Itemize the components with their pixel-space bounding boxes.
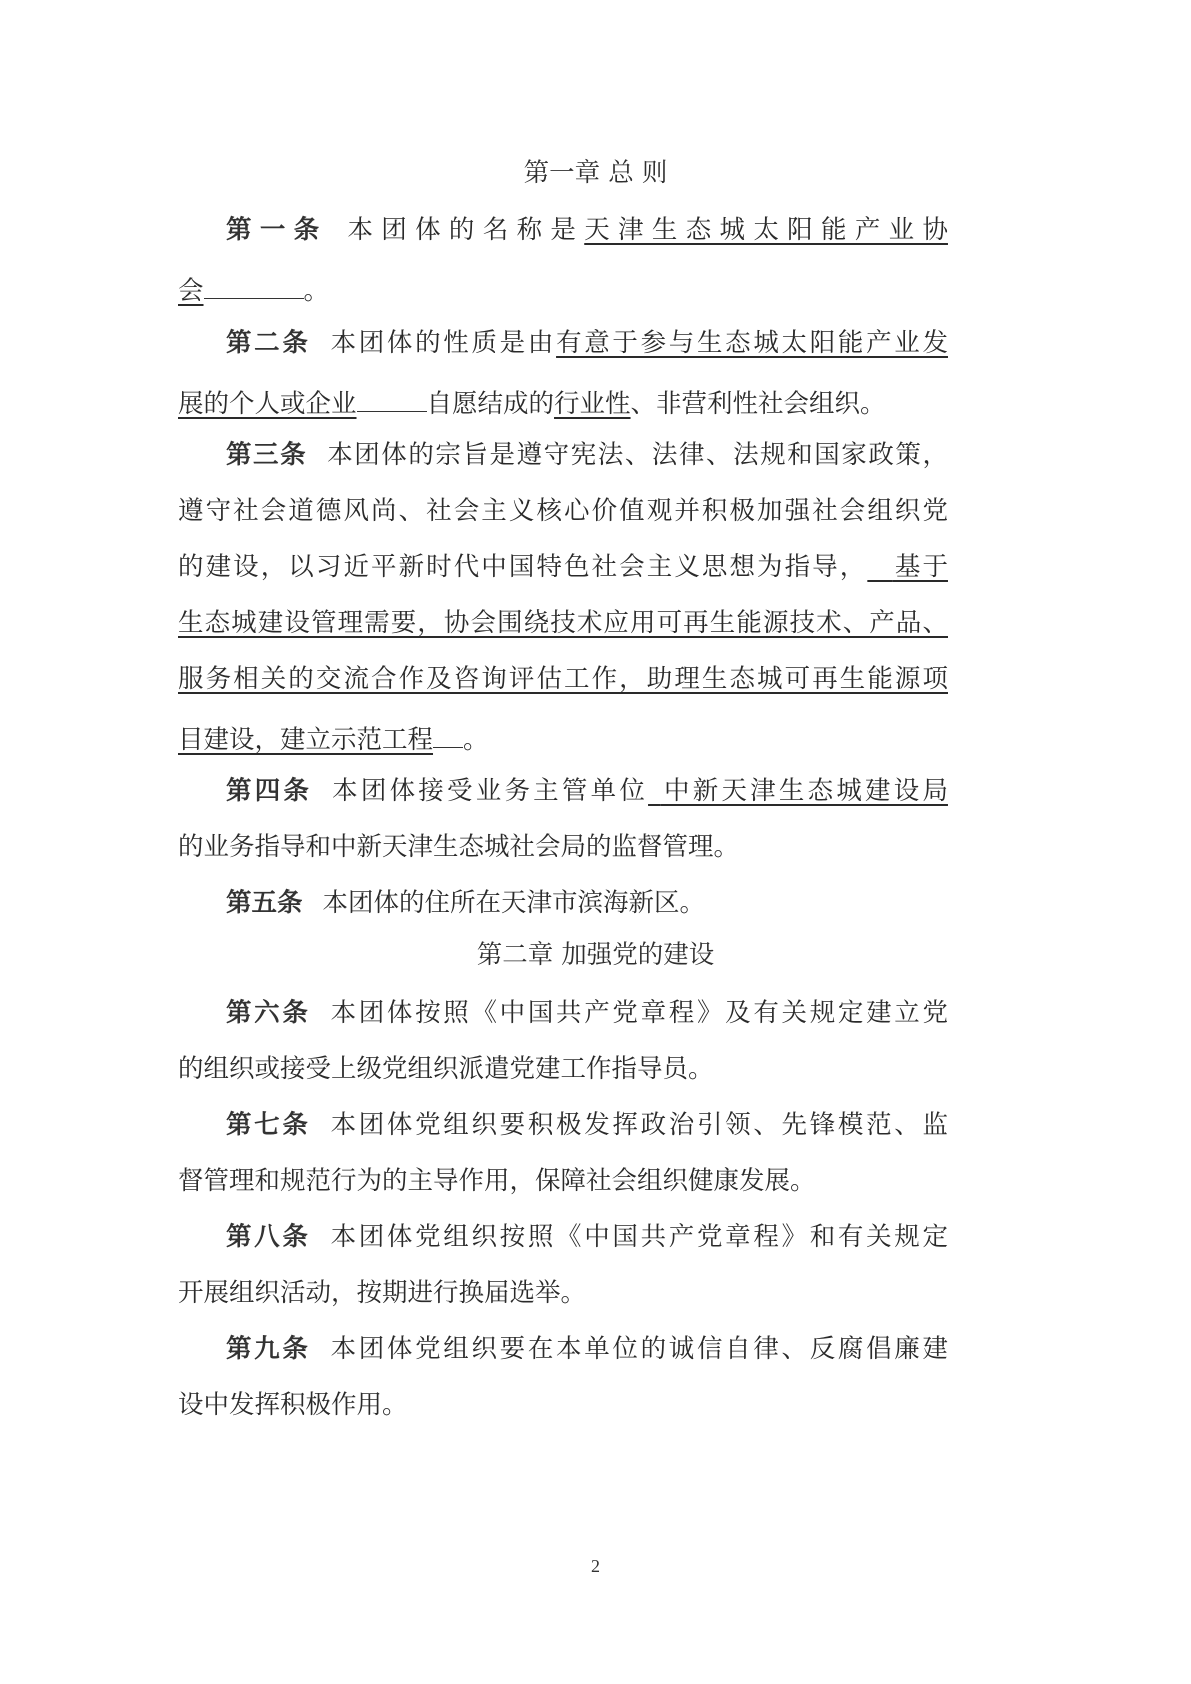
chapter-2-title: 第二章 加强党的建设 — [0, 937, 1191, 973]
association-name-field-cont: 会 — [178, 276, 204, 306]
page-number: 2 — [0, 1556, 1191, 1577]
article-2-text-mid: 自愿结成的 — [427, 389, 555, 419]
article-1-text: 本团体的名称是 — [347, 215, 584, 245]
nature-field: 有意于参与生态城太阳能产业发 — [556, 328, 948, 358]
article-6-line-1: 第六条本团体按照《中国共产党章程》及有关规定建立党 — [226, 995, 948, 1031]
article-3-text: 本团体的宗旨是遵守宪法、法律、法规和国家政策， — [327, 440, 948, 470]
purpose-field-text: 基于 — [893, 552, 948, 582]
punctuation: 。 — [463, 725, 489, 755]
article-1-line-1: 第一条本团体的名称是天津生态城太阳能产业协 — [226, 212, 948, 248]
fill-blank — [433, 717, 463, 748]
chapter-1-title: 第一章 总 则 — [0, 155, 1191, 191]
article-9-line-1: 第九条本团体党组织要在本单位的诚信自律、反腐倡廉建 — [226, 1331, 948, 1367]
article-3-line-6: 目建设，建立示范工程。 — [178, 717, 948, 753]
article-2-text: 本团体的性质是由 — [331, 328, 557, 358]
punctuation: 。 — [304, 276, 330, 306]
purpose-field-cont-1: 生态城建设管理需要，协会围绕技术应用可再生能源技术、产品、 — [178, 608, 948, 638]
article-9-text: 本团体党组织要在本单位的诚信自律、反腐倡廉建 — [331, 1334, 948, 1364]
article-1-line-2: 会。 — [178, 268, 948, 304]
article-8-text: 本团体党组织按照《中国共产党章程》和有关规定 — [331, 1222, 948, 1252]
article-3-line-4: 生态城建设管理需要，协会围绕技术应用可再生能源技术、产品、 — [178, 605, 948, 641]
article-4-label: 第四条 — [226, 776, 312, 806]
supervisor-field-text: 中新天津生态城建设局 — [661, 776, 948, 806]
purpose-field: 基于 — [867, 552, 948, 582]
article-2-label: 第二条 — [226, 328, 311, 358]
article-8-line-1: 第八条本团体党组织按照《中国共产党章程》和有关规定 — [226, 1219, 948, 1255]
fill-blank — [204, 268, 304, 299]
supervisor-field: 中新天津生态城建设局 — [648, 776, 948, 806]
article-7-line-1: 第七条本团体党组织要积极发挥政治引领、先锋模范、监 — [226, 1107, 948, 1143]
article-5-text: 本团体的住所在天津市滨海新区。 — [323, 888, 706, 918]
document-page: 第一章 总 则 第一条本团体的名称是天津生态城太阳能产业协 会。 第二条本团体的… — [0, 0, 1191, 1684]
article-2-line-1: 第二条本团体的性质是由有意于参与生态城太阳能产业发 — [226, 325, 948, 361]
article-6-label: 第六条 — [226, 998, 311, 1028]
article-3-line-2: 遵守社会道德风尚、社会主义核心价值观并积极加强社会组织党 — [178, 493, 948, 529]
nature-field-cont: 展的个人或企业 — [178, 389, 357, 419]
fill-blank — [357, 381, 427, 412]
article-9-label: 第九条 — [226, 1334, 311, 1364]
article-9-line-2: 设中发挥积极作用。 — [178, 1387, 948, 1423]
article-3-line-1: 第三条本团体的宗旨是遵守宪法、法律、法规和国家政策， — [226, 437, 948, 473]
article-3-label: 第三条 — [226, 440, 307, 470]
article-7-label: 第七条 — [226, 1110, 311, 1140]
article-4-line-2: 的业务指导和中新天津生态城社会局的监督管理。 — [178, 829, 948, 865]
article-3-line-3: 的建设，以习近平新时代中国特色社会主义思想为指导， 基于 — [178, 549, 948, 585]
article-2-line-2: 展的个人或企业自愿结成的行业性、非营利性社会组织。 — [178, 381, 948, 417]
article-4-text: 本团体接受业务主管单位 — [332, 776, 648, 806]
article-2-text-end: 、非营利性社会组织。 — [631, 389, 886, 419]
article-7-text: 本团体党组织要积极发挥政治引领、先锋模范、监 — [331, 1110, 948, 1140]
article-6-text: 本团体按照《中国共产党章程》及有关规定建立党 — [331, 998, 948, 1028]
article-8-line-2: 开展组织活动，按期进行换届选举。 — [178, 1275, 948, 1311]
article-3-line-5: 服务相关的交流合作及咨询评估工作，助理生态城可再生能源项 — [178, 661, 948, 697]
article-8-label: 第八条 — [226, 1222, 311, 1252]
article-6-line-2: 的组织或接受上级党组织派遣党建工作指导员。 — [178, 1051, 948, 1087]
article-5-label: 第五条 — [226, 888, 303, 918]
article-7-line-2: 督管理和规范行为的主导作用，保障社会组织健康发展。 — [178, 1163, 948, 1199]
article-5-line-1: 第五条本团体的住所在天津市滨海新区。 — [226, 885, 948, 921]
article-3-text-3: 的建设，以习近平新时代中国特色社会主义思想为指导， — [178, 552, 867, 582]
article-4-line-1: 第四条本团体接受业务主管单位 中新天津生态城建设局 — [226, 773, 948, 809]
industry-type-field: 行业性 — [554, 389, 631, 419]
purpose-field-cont-2: 服务相关的交流合作及咨询评估工作，助理生态城可再生能源项 — [178, 664, 948, 694]
association-name-field: 天津生态城太阳能产业协 — [584, 215, 948, 245]
purpose-field-cont-3: 目建设，建立示范工程 — [178, 725, 433, 755]
article-1-label: 第一条 — [226, 215, 327, 245]
